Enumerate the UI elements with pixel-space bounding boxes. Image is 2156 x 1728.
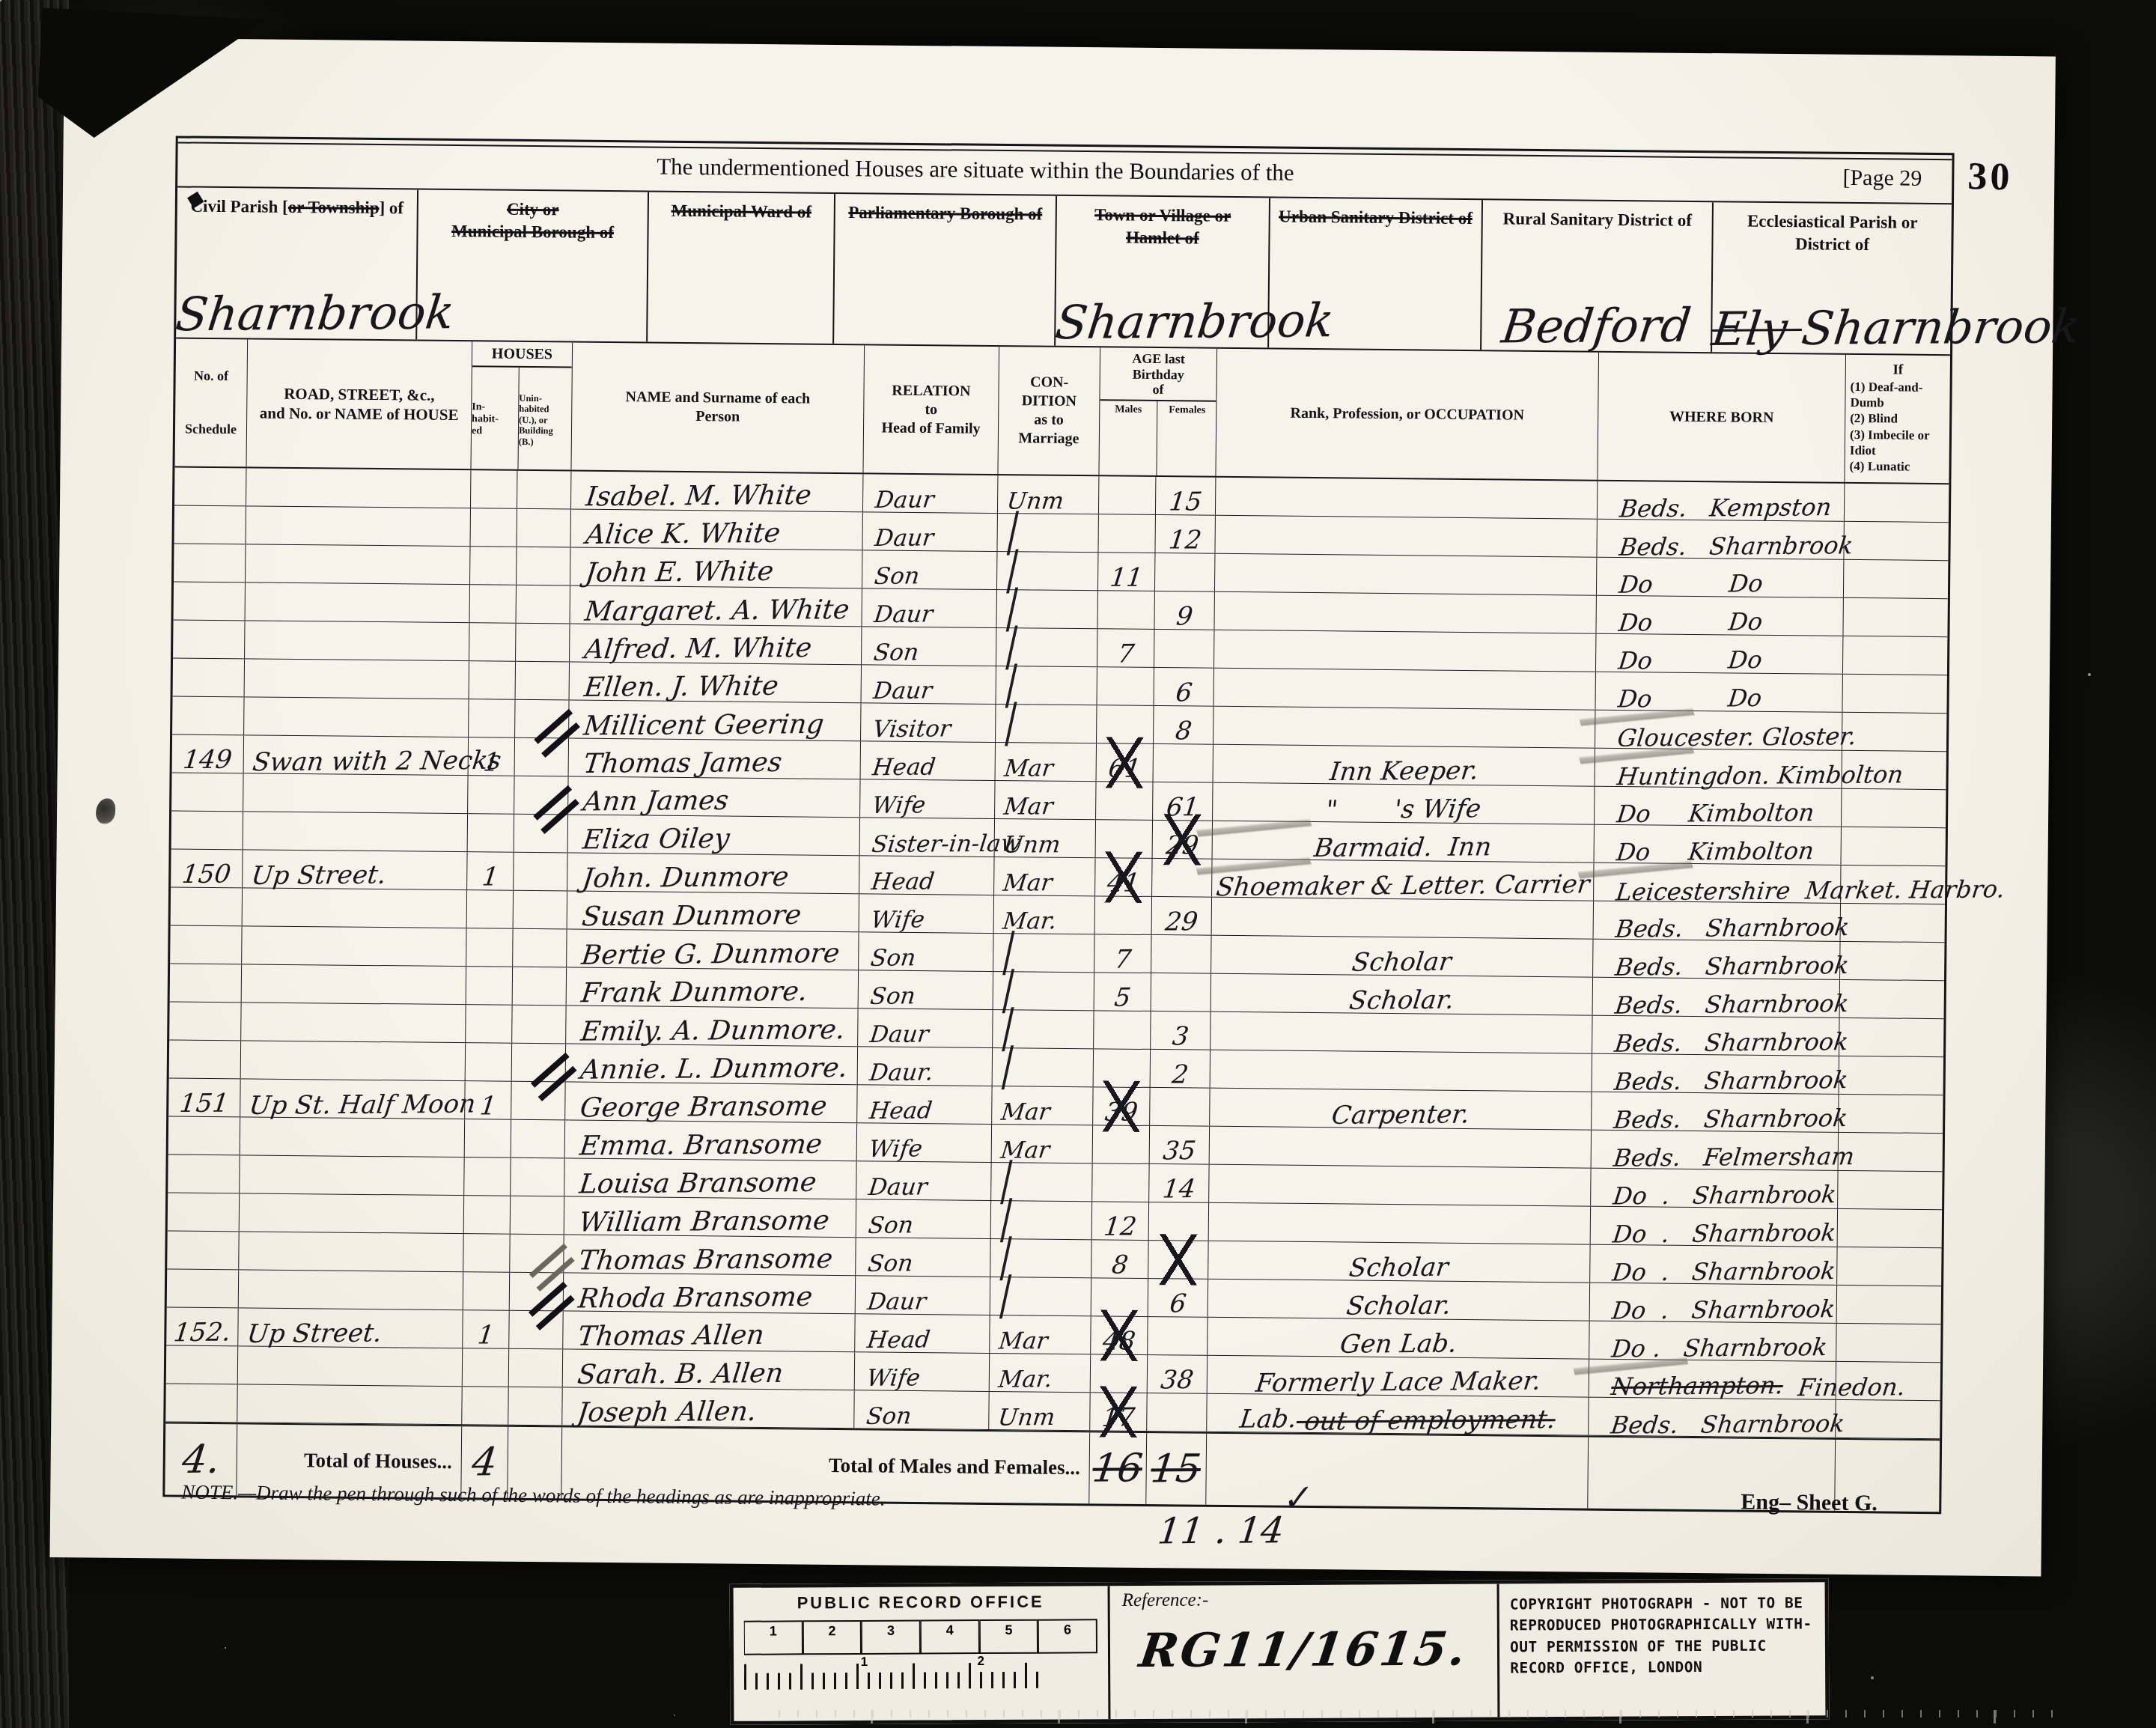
row8-occ: Inn Keeper. (1213, 745, 1595, 786)
row16-name: Annie. L. Dunmore. (565, 1044, 857, 1084)
row1-af: 15 (1155, 477, 1215, 515)
row16-inh (465, 1043, 511, 1081)
row19-cond: \ (990, 1163, 1091, 1201)
row21-name: Thomas Bransome (563, 1235, 855, 1275)
row11-dis (1840, 865, 1945, 904)
row15-inh (465, 1005, 511, 1043)
row20-cond: \ (990, 1201, 1091, 1239)
col-header-houses: HOUSESIn-habit-edUnin-habited(U.), orBui… (470, 341, 572, 469)
row7-sched (172, 696, 243, 734)
row5-born: Do Do (1595, 634, 1842, 674)
row3-dis (1843, 560, 1948, 598)
ruler-cell-4: 4 (921, 1619, 980, 1654)
folio-number: 30 (1967, 154, 2014, 200)
row3-rel: Son (862, 550, 996, 589)
row24-born: Northampton. Finedon. (1589, 1360, 1836, 1399)
row9-dis (1841, 789, 1946, 827)
row22-road (238, 1270, 463, 1309)
row12-occ (1211, 898, 1593, 939)
row6-rel: Daur (861, 665, 996, 704)
col-header-age: AGE lastBirthdayofMalesFemales (1098, 347, 1216, 475)
row12-rel: Wife (859, 894, 993, 933)
row6-occ (1213, 669, 1595, 710)
row2-name: Alice K. White (570, 510, 862, 550)
row22-sched (167, 1269, 238, 1307)
row20-am: 12 (1091, 1202, 1148, 1240)
col-header-occ: Rank, Profession, or OCCUPATION (1215, 349, 1598, 480)
row6-dis (1842, 675, 1946, 713)
field-rural-sanitary-district: Rural Sanitary District ofBedford (1480, 200, 1712, 352)
row2-road (246, 506, 470, 546)
row6-uninh (515, 662, 569, 700)
row13-occ: Scholar (1211, 936, 1592, 977)
row3-am: 11 (1097, 553, 1154, 591)
row18-rel: Wife (856, 1123, 991, 1162)
row1-born: Beds. Kempston (1597, 481, 1844, 521)
row4-dis (1842, 598, 1947, 636)
field-label: Civil Parish [or Township] of (177, 195, 417, 219)
row8-road: Swan with 2 Necks (243, 735, 468, 775)
ruler-cell-3: 3 (862, 1620, 921, 1655)
row10-rel: Sister-in-law (859, 818, 994, 857)
row20-name: William Bransome (564, 1196, 856, 1237)
stamp-reference-section: Reference:- RG11/1615. (1108, 1584, 1498, 1719)
row15-am (1093, 1011, 1150, 1049)
row9-sched (171, 773, 243, 811)
field-town-village: Town or Village orHamlet ofSharnbrook (1054, 196, 1268, 348)
row25-am: 17 (1089, 1393, 1146, 1431)
row11-road: Up Street. (242, 850, 466, 889)
row16-cond: \ (992, 1048, 1093, 1086)
row1-uninh (517, 471, 570, 509)
row7-af: 8 (1153, 706, 1213, 744)
field-value: Sharnbrook (1053, 298, 1270, 346)
row25-uninh (508, 1387, 561, 1426)
census-photograph: { "photo": { "corner_number": "30" }, "h… (0, 0, 2156, 1728)
row8-rel: Head (860, 741, 995, 780)
row25-road (237, 1384, 461, 1424)
row18-inh (464, 1119, 511, 1157)
row8-af (1153, 744, 1213, 782)
row5-occ (1213, 630, 1595, 672)
row24-rel: Wife (854, 1352, 989, 1391)
row15-road (240, 1003, 465, 1042)
row15-cond: \ (992, 1010, 1093, 1048)
row13-inh (466, 928, 512, 967)
field-value (648, 341, 832, 342)
row23-name: Thomas Allen (562, 1311, 854, 1351)
row20-road (239, 1193, 463, 1233)
row15-rel: Daur (857, 1008, 992, 1047)
row16-road (240, 1041, 465, 1080)
row4-rel: Daur (862, 588, 996, 627)
row11-cond: Mar (993, 857, 1094, 895)
row18-af: 35 (1149, 1126, 1209, 1164)
row7-road (243, 697, 468, 737)
crossed-out-mark (1088, 1386, 1148, 1438)
row25-dis (1835, 1400, 1940, 1438)
row14-occ: Scholar. (1211, 974, 1592, 1015)
row2-occ (1214, 516, 1596, 557)
clerk-checkmark: ✓ (1279, 1476, 1312, 1521)
row10-name: Eliza Oiley (567, 815, 859, 855)
row10-inh (467, 814, 514, 852)
row1-cond: Unm (997, 475, 1098, 514)
row14-am: 5 (1094, 973, 1151, 1011)
row19-am (1091, 1163, 1148, 1202)
row12-af: 29 (1151, 897, 1211, 935)
row3-name: John E. White (570, 548, 862, 588)
pro-stamp: PUBLIC RECORD OFFICE 123456 1 2 Referenc… (730, 1578, 1830, 1725)
row22-rel: Daur (855, 1276, 990, 1315)
col-header-bornh: WHERE BORN (1597, 353, 1845, 482)
row5-rel: Son (861, 627, 996, 666)
row5-road (244, 621, 469, 660)
col-header-males: Males (1099, 401, 1157, 475)
row19-born: Do . Sharnbrook (1590, 1169, 1837, 1208)
row1-sched (174, 467, 246, 505)
row9-rel: Wife (859, 779, 994, 818)
row16-rel: Daur. (857, 1047, 992, 1086)
row23-road: Up Street. (237, 1308, 462, 1348)
reference-label: Reference:- (1122, 1589, 1485, 1612)
row3-uninh (516, 547, 570, 585)
row2-cond: \ (996, 514, 1097, 552)
row5-dis (1842, 636, 1947, 675)
field-municipal-ward: Municipal Ward of (646, 192, 834, 343)
bottom-ruler-ticks (779, 1710, 2066, 1724)
field-label: Town or Village orHamlet of (1056, 204, 1268, 250)
row17-name: George Bransome (564, 1082, 856, 1122)
row3-road (245, 544, 469, 584)
row12-uninh (513, 891, 567, 929)
row18-occ (1209, 1127, 1591, 1168)
row13-road (241, 926, 466, 966)
clerk-hash-mark (529, 800, 582, 839)
row4-road (245, 582, 469, 622)
row22-dis (1836, 1286, 1941, 1324)
row14-sched (170, 964, 241, 1002)
row23-occ: Gen Lab. (1207, 1318, 1589, 1359)
row19-uninh (510, 1158, 564, 1196)
row7-name: Millicent Geering (568, 701, 860, 741)
photo-background: ◆ 30 The undermentioned Houses are situa… (0, 0, 2156, 1728)
stamp-office-name: PUBLIC RECORD OFFICE (744, 1592, 1097, 1613)
row11-born: Leicestershire Market. Harbro. (1593, 863, 1840, 903)
row5-am: 7 (1097, 629, 1154, 667)
census-form: The undermentioned Houses are situate wi… (162, 136, 1954, 1514)
census-sheet: ◆ 30 The undermentioned Houses are situa… (50, 37, 2056, 1576)
field-label: Parliamentary Borough of (835, 201, 1056, 226)
crossed-out-mark (1094, 851, 1154, 903)
row13-sched (170, 925, 241, 964)
row10-af: 29 (1152, 821, 1212, 859)
row2-rel: Daur (862, 512, 996, 551)
row13-rel: Son (858, 932, 993, 971)
row11-rel: Head (859, 856, 993, 895)
row18-dis (1838, 1133, 1943, 1171)
row6-af: 6 (1154, 668, 1213, 706)
row3-inh (469, 547, 516, 585)
copyright-line: RECORD OFFICE, LONDON (1510, 1656, 1815, 1679)
row13-dis (1839, 942, 1944, 980)
row19-sched (168, 1154, 239, 1193)
row24-cond: Mar. (989, 1354, 1090, 1392)
row24-name: Sarah. B. Allen (562, 1349, 854, 1390)
clerk-hash-mark (530, 723, 582, 763)
row12-name: Susan Dunmore (567, 891, 859, 931)
row3-born: Do Do (1596, 558, 1843, 597)
field-label: City orMunicipal Borough of (418, 198, 648, 245)
table-body: Isabel. M. WhiteDaurUnm15Beds. KempstonA… (165, 467, 1949, 1439)
field-label: Ecclesiastical Parish orDistrict of (1713, 210, 1952, 257)
crossed-out-mark (1147, 1234, 1210, 1286)
row4-occ (1213, 592, 1595, 633)
row21-born: Do . Sharnbrook (1589, 1245, 1836, 1285)
row11-am: 41 (1094, 858, 1151, 896)
row7-rel: Visitor (860, 703, 995, 742)
crossed-out-mark (1091, 1080, 1151, 1132)
row20-inh (463, 1196, 510, 1234)
row22-name: Rhoda Bransome (563, 1273, 855, 1313)
row1-name: Isabel. M. White (570, 472, 862, 512)
row25-cond: Unm (988, 1392, 1089, 1430)
dust-speckles (0, 0, 1, 1)
copyright-line: REPRODUCED PHOTOGRAPHICALLY WITH- (1510, 1614, 1815, 1637)
row8-am: 61 (1096, 743, 1153, 782)
row24-inh (462, 1348, 508, 1387)
stamp-ruler-cells: 123456 (744, 1619, 1097, 1655)
row21-dis (1836, 1247, 1941, 1286)
stamp-office-section: PUBLIC RECORD OFFICE 123456 1 2 (734, 1586, 1109, 1721)
row10-dis (1841, 827, 1946, 865)
row2-dis (1843, 522, 1948, 560)
row5-cond: \ (996, 628, 1097, 666)
row5-name: Alfred. M. White (569, 624, 861, 665)
row9-road (243, 773, 467, 813)
row19-af: 14 (1148, 1164, 1208, 1202)
sub-ruler-major-ticks (744, 1663, 1045, 1690)
row15-sched (169, 1002, 240, 1040)
total-males: 16 (1088, 1432, 1146, 1504)
row17-road: Up St. Half Moon (240, 1079, 464, 1119)
row20-sched (168, 1193, 239, 1231)
row7-inh (468, 699, 514, 737)
row11-occ: Shoemaker & Letter. Carrier (1211, 860, 1593, 901)
row4-am (1097, 591, 1154, 629)
col-header-uninhabited: Unin-habited(U.), orBuilding(B.) (517, 368, 572, 470)
row17-rel: Head (856, 1085, 991, 1124)
row17-occ: Carpenter. (1209, 1089, 1591, 1130)
row1-am (1098, 476, 1155, 514)
row17-born: Beds. Sharnbrook (1591, 1092, 1838, 1132)
stamp-sub-ruler: 1 2 (744, 1656, 1097, 1692)
row25-rel: Son (853, 1390, 988, 1429)
header-fields: Civil Parish [or Township] ofSharnbrookC… (176, 187, 1952, 356)
row9-cond: Mar (994, 781, 1095, 819)
row12-born: Beds. Sharnbrook (1593, 901, 1840, 941)
row6-road (244, 659, 469, 699)
row16-sched (169, 1040, 240, 1078)
row10-cond: Unm (994, 819, 1095, 857)
row23-am: 48 (1090, 1316, 1147, 1354)
row9-name: Ann James (567, 777, 859, 818)
row4-cond: \ (996, 590, 1097, 628)
row19-inh (463, 1157, 510, 1196)
row17-af (1149, 1088, 1209, 1126)
row22-occ: Scholar. (1208, 1280, 1589, 1321)
row25-born: Beds. Sharnbrook (1588, 1398, 1835, 1438)
col-header-road: ROAD, STREET, &c.,and No. or NAME of HOU… (246, 339, 472, 469)
row8-sched: 149 (172, 734, 243, 773)
field-value: Sharnbrook (174, 290, 419, 338)
total-females: 15 (1145, 1433, 1206, 1505)
row18-born: Beds. Felmersham (1591, 1131, 1838, 1170)
row13-born: Beds. Sharnbrook (1592, 940, 1839, 979)
row23-rel: Head (854, 1314, 989, 1353)
row7-cond: \ (995, 705, 1096, 743)
row21-cond: \ (990, 1239, 1091, 1277)
field-civil-parish: Civil Parish [or Township] ofSharnbrook (176, 187, 417, 339)
row3-occ (1214, 554, 1596, 595)
row13-uninh (512, 929, 566, 967)
row11-uninh (513, 853, 567, 891)
row5-af (1154, 630, 1213, 668)
row14-rel: Son (858, 970, 993, 1009)
col-header-females: Females (1156, 401, 1216, 476)
row13-af (1151, 935, 1211, 973)
row25-sched (165, 1384, 237, 1422)
row25-inh (461, 1387, 508, 1425)
row23-dis (1836, 1324, 1940, 1362)
row21-sched (167, 1231, 238, 1269)
row18-cond: Mar (991, 1125, 1092, 1163)
row3-sched (174, 544, 245, 582)
row17-am: 39 (1092, 1087, 1149, 1125)
field-value: Bedford (1479, 302, 1714, 350)
copyright-line: OUT PERMISSION OF THE PUBLIC (1510, 1635, 1815, 1658)
row14-born: Beds. Sharnbrook (1592, 978, 1839, 1017)
row6-cond: \ (996, 666, 1097, 705)
row3-cond: \ (996, 552, 1097, 590)
row21-occ: Scholar (1208, 1241, 1589, 1283)
col-header-inhabited: In-habit-ed (471, 367, 518, 469)
col-header-sched: No. ofSchedule (175, 338, 248, 466)
row4-uninh (516, 585, 570, 624)
row7-occ (1213, 707, 1595, 748)
totals-spacer-2 (1205, 1434, 1588, 1509)
crossed-out-mark (1094, 737, 1154, 788)
row8-born: Huntingdon. Kimbolton (1594, 749, 1841, 788)
row13-name: Bertie G. Dunmore (566, 929, 858, 970)
field-parliamentary-borough: Parliamentary Borough of (832, 194, 1056, 346)
row2-am (1097, 514, 1154, 553)
row19-road (239, 1155, 463, 1195)
row13-am: 7 (1094, 934, 1151, 973)
row14-dis (1839, 980, 1944, 1018)
row20-occ (1208, 1203, 1590, 1244)
row6-inh (469, 661, 515, 699)
row22-inh (463, 1272, 509, 1310)
row24-sched (166, 1345, 237, 1384)
stamp-copyright-section: COPYRIGHT PHOTOGRAPH - NOT TO BEREPRODUC… (1497, 1582, 1826, 1717)
row10-sched (171, 811, 243, 849)
ruler-cell-1: 1 (744, 1620, 803, 1655)
row24-occ: Formerly Lace Maker. (1207, 1356, 1589, 1397)
row16-dis (1839, 1056, 1943, 1095)
row25-af (1146, 1393, 1206, 1432)
col-header-rel: RELATIONtoHead of Family (862, 345, 999, 474)
row21-am: 8 (1091, 1240, 1148, 1278)
clerk-hash-mark (524, 1296, 576, 1336)
row12-cond: Mar. (993, 895, 1094, 934)
row23-cond: Mar (989, 1315, 1090, 1354)
row22-cond: \ (990, 1277, 1091, 1315)
clerk-number: 11 . 14 (1156, 1509, 1287, 1552)
row15-occ (1210, 1012, 1592, 1053)
row19-dis (1837, 1171, 1942, 1209)
row2-uninh (517, 509, 570, 547)
row17-dis (1838, 1095, 1943, 1133)
row1-rel: Daur (862, 474, 997, 513)
reference-value: RG11/1615. (1118, 1622, 1489, 1679)
row16-af: 2 (1150, 1050, 1210, 1088)
row4-inh (469, 585, 516, 623)
row13-cond: \ (993, 934, 1094, 972)
row6-name: Ellen. J. White (569, 663, 861, 703)
row9-born: Do Kimbolton (1594, 787, 1841, 827)
field-value (417, 338, 647, 340)
row24-road (237, 1346, 462, 1386)
row15-af: 3 (1150, 1011, 1210, 1050)
row24-af: 38 (1147, 1355, 1207, 1393)
ruler-cell-5: 5 (979, 1619, 1038, 1654)
row25-name: Joseph Allen. (561, 1387, 853, 1428)
row21-road (238, 1232, 463, 1271)
row4-sched (174, 582, 245, 620)
row17-inh: 1 (464, 1081, 511, 1119)
page-label: [Page 29 (1842, 165, 1922, 192)
row18-name: Emma. Bransome (564, 1120, 856, 1160)
ink-blot (96, 798, 115, 824)
row12-sched (171, 887, 242, 925)
field-value (834, 342, 1055, 344)
row8-inh: 1 (468, 737, 514, 776)
row8-name: Thomas James (568, 739, 860, 779)
row16-born: Beds. Sharnbrook (1592, 1054, 1839, 1094)
col-header-dis: If(1) Deaf-and-Dumb(2) Blind(3) Imbecile… (1844, 355, 1950, 483)
row1-inh (470, 470, 517, 508)
form-title: The undermentioned Houses are situate wi… (657, 153, 1294, 186)
row12-inh (466, 890, 513, 928)
row5-inh (469, 623, 515, 661)
row20-born: Do . Sharnbrook (1590, 1207, 1837, 1247)
table-head: No. ofScheduleROAD, STREET, &c.,and No. … (174, 338, 1950, 484)
row14-cond: \ (993, 972, 1094, 1010)
row20-rel: Son (856, 1199, 990, 1238)
col-header-cond: CON-DITIONas toMarriage (997, 347, 1100, 475)
row25-occ: Lab. out of employment. (1206, 1394, 1588, 1435)
row20-dis (1837, 1209, 1942, 1247)
row21-rel: Son (855, 1238, 990, 1277)
row14-inh (466, 967, 512, 1005)
row10-road (243, 812, 467, 851)
row19-occ (1208, 1165, 1590, 1206)
row21-inh (463, 1234, 509, 1272)
row17-sched: 151 (168, 1078, 240, 1116)
row15-name: Emily. A. Dunmore. (565, 1006, 857, 1046)
row15-uninh (511, 1006, 565, 1044)
